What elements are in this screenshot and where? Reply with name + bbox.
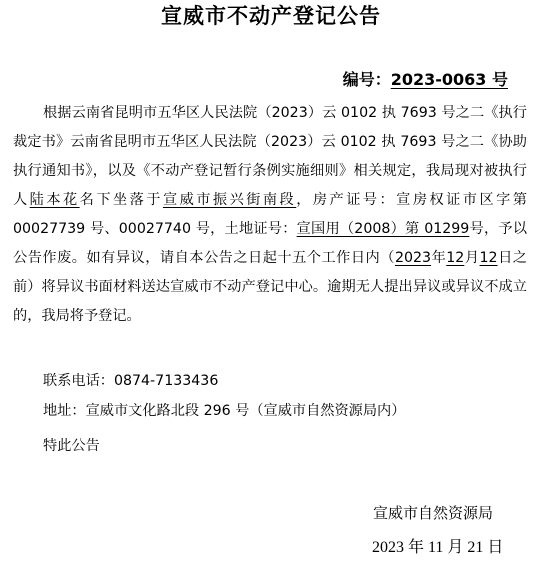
body-text-segment: 月 <box>464 250 479 266</box>
document-title: 宣威市不动产登记公告 <box>0 2 542 30</box>
issuer-signature: 宣威市自然资源局 <box>373 502 493 524</box>
announcement-body: 根据云南省昆明市五华区人民法院（2023）云 0102 执 7693 号之二《执… <box>13 99 527 331</box>
deadline-day: 12 <box>480 250 498 266</box>
deadline-month: 12 <box>446 250 464 266</box>
property-location: 宣威市振兴街南段 <box>163 192 296 208</box>
issue-date: 2023 年 11 月 21 日 <box>372 537 503 559</box>
land-certificate-number: 宣国用（2008）第 01299 <box>297 221 470 237</box>
deadline-year: 2023 <box>395 250 431 266</box>
closing-remark: 特此公告 <box>43 436 100 456</box>
contact-phone: 联系电话：0874-7133436 <box>43 371 218 391</box>
document-number-label: 编号： <box>343 70 391 89</box>
subject-person: 陆本花 <box>30 192 80 208</box>
contact-address: 地址：宣威市文化路北段 296 号（宣威市自然资源局内） <box>43 401 405 421</box>
announcement-paragraph: 根据云南省昆明市五华区人民法院（2023）云 0102 执 7693 号之二《执… <box>13 99 527 331</box>
body-text-segment: 名下坐落于 <box>80 192 163 208</box>
body-text-segment: 年 <box>431 250 446 266</box>
document-number-value: 2023-0063 号 <box>391 70 508 89</box>
document-number: 编号：2023-0063 号 <box>343 68 508 92</box>
